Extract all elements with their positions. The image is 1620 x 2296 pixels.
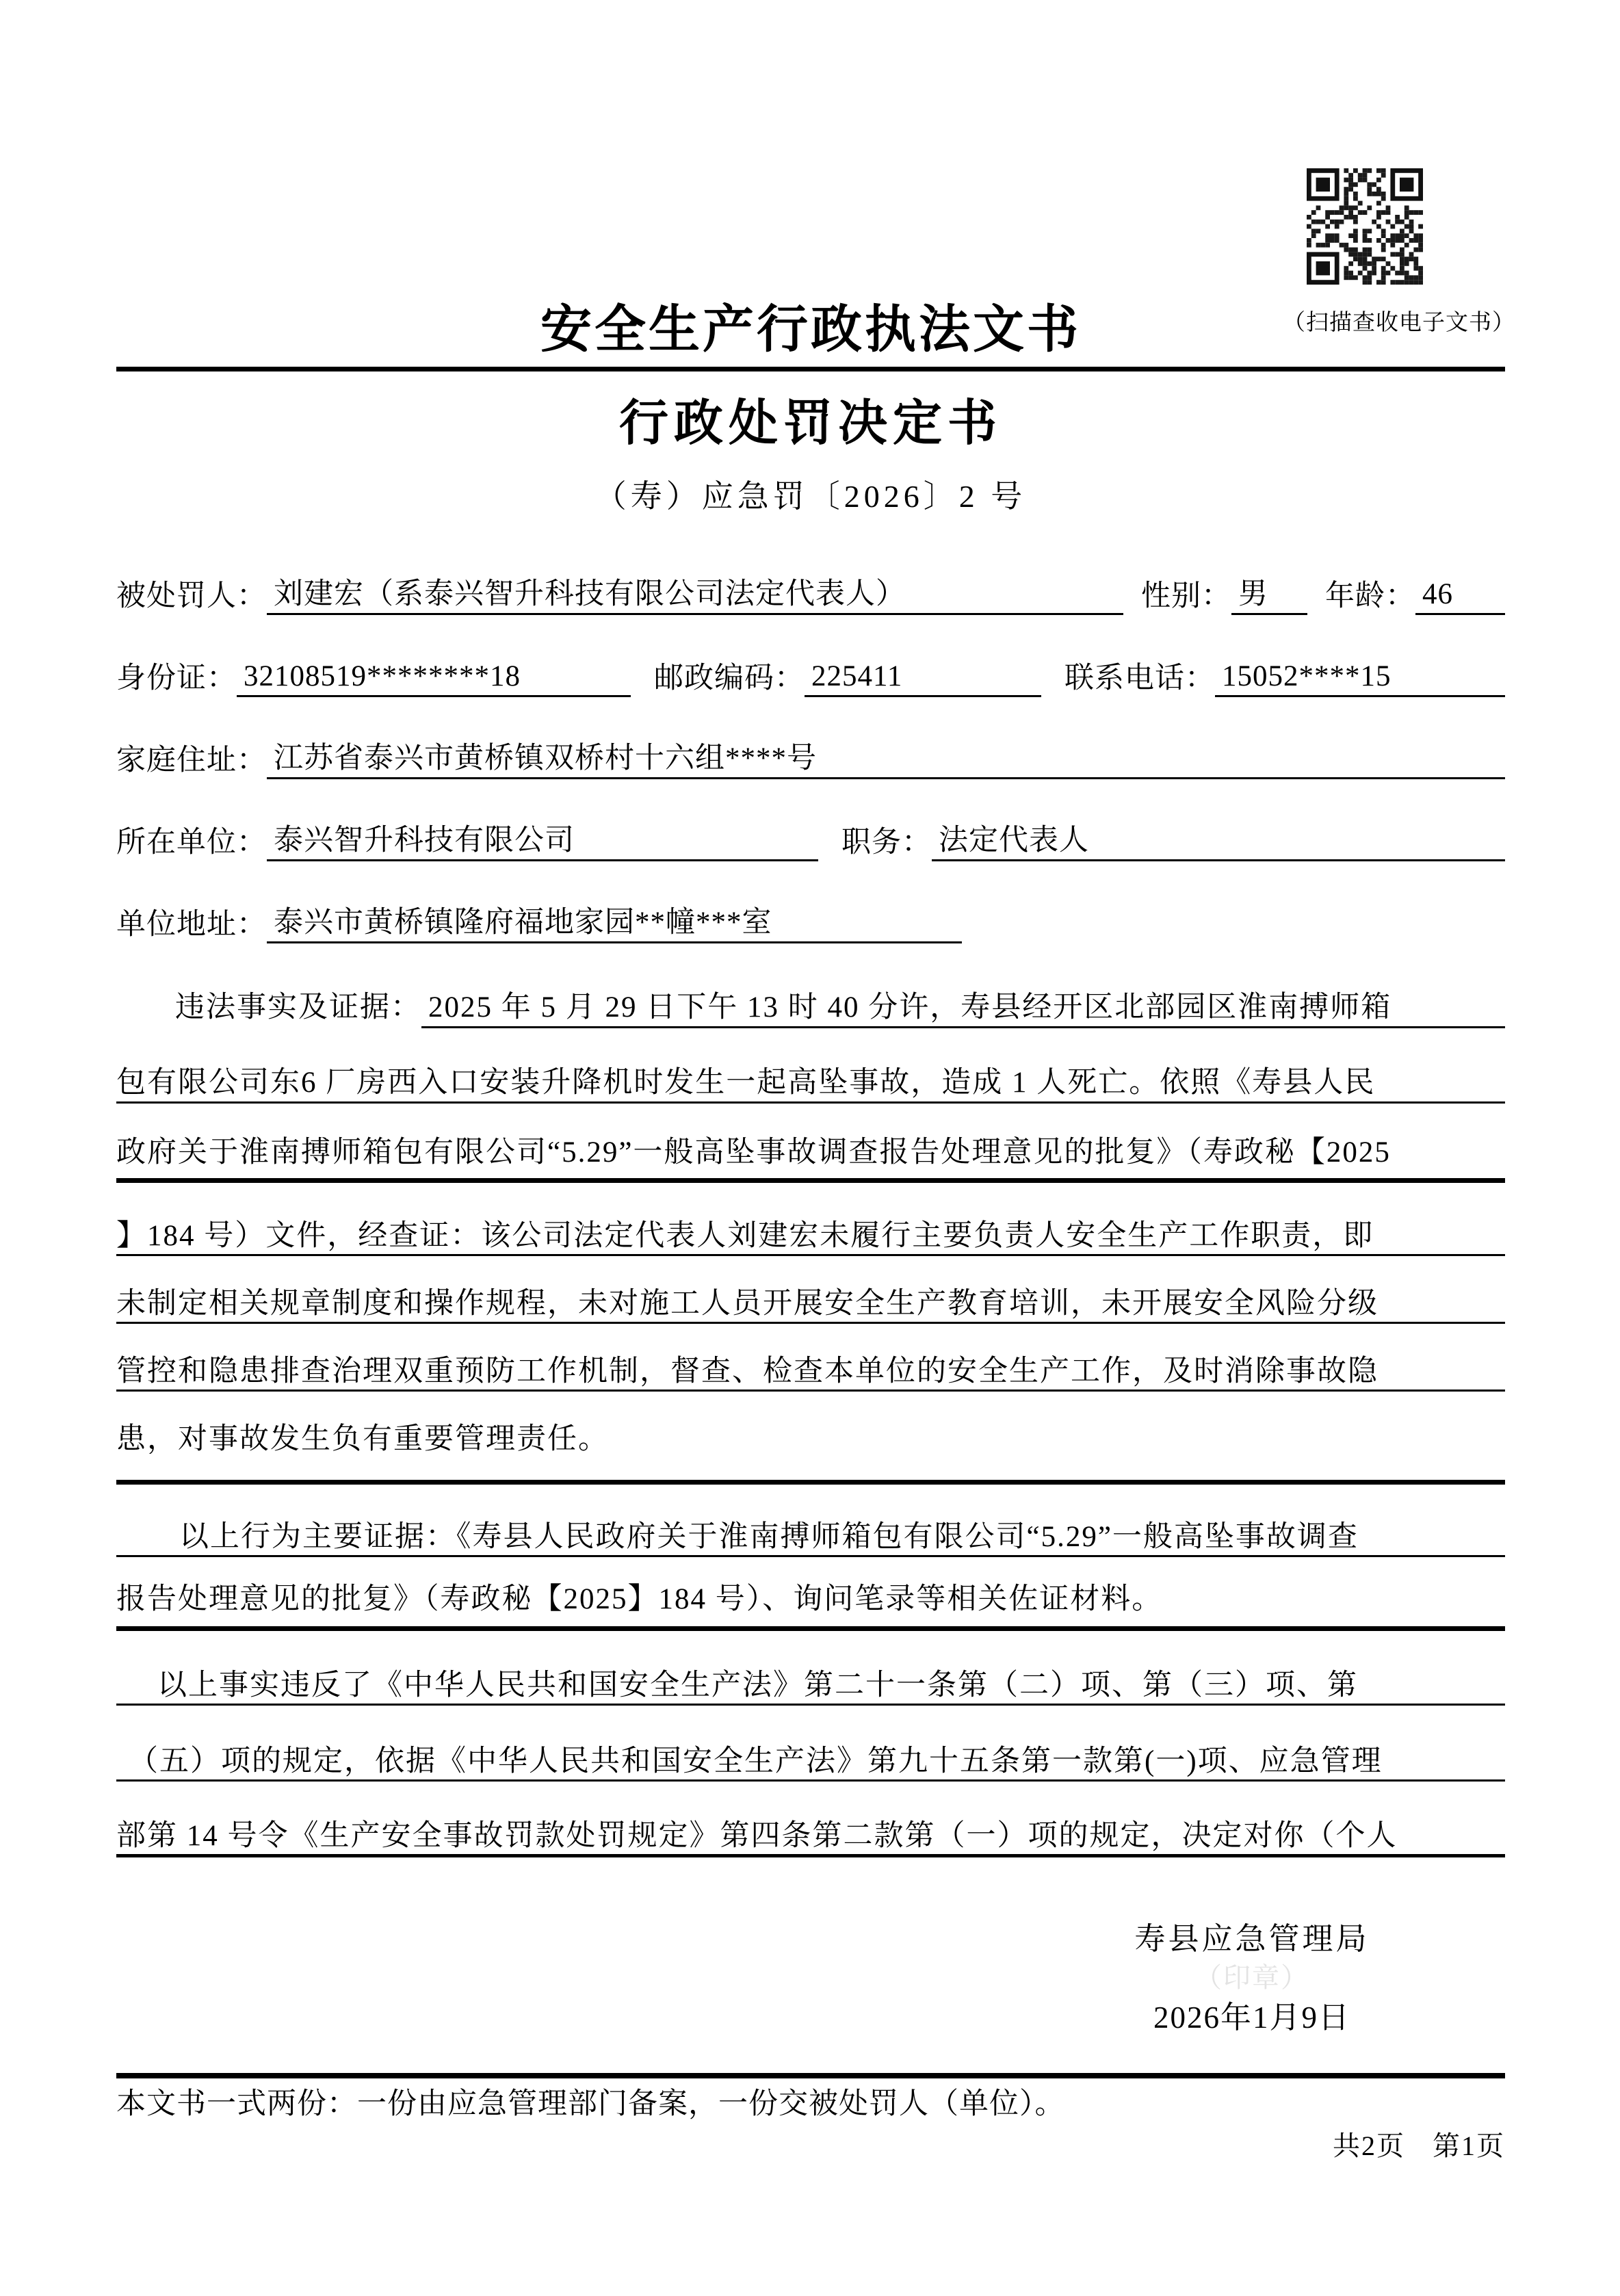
form-row-company-address: 单位地址： 泰兴市黄桥镇隆府福地家园**幢***室	[116, 889, 1505, 943]
pages-total: 共2页	[1333, 2130, 1405, 2161]
paragraph-evidence: 以上行为主要证据：《寿县人民政府关于淮南搏师箱包有限公司“5.29”一般高坠事故…	[116, 1485, 1505, 1631]
phone-label: 联系电话：	[1064, 664, 1215, 697]
id-value: 32108519********18	[237, 662, 631, 697]
employer-value: 泰兴智升科技有限公司	[267, 826, 818, 861]
form-row-employer: 所在单位： 泰兴智升科技有限公司 职务： 法定代表人	[116, 807, 1505, 861]
facts-label: 违法事实及证据：	[175, 993, 421, 1028]
evidence-line-2: 报告处理意见的批复》（寿政秘【2025】184 号）、询问笔录等相关佐证材料。	[116, 1557, 1505, 1614]
form-row-id: 身份证： 32108519********18 邮政编码： 225411 联系电…	[116, 642, 1505, 697]
company-address-label: 单位地址：	[116, 910, 267, 943]
facts-value-line: 2025 年 5 月 29 日下午 13 时 40 分许，寿县经开区北部园区淮南…	[421, 993, 1505, 1028]
legal-line-2: （五）项的规定，依据《中华人民共和国安全生产法》第九十五条第一款第(一)项、应急…	[116, 1706, 1505, 1782]
qr-block: （扫描查收电子文书）	[1283, 168, 1447, 337]
paragraph-facts: 违法事实及证据： 2025 年 5 月 29 日下午 13 时 40 分许，寿县…	[116, 971, 1505, 1183]
evidence-line-1: 以上行为主要证据：《寿县人民政府关于淮南搏师箱包有限公司“5.29”一般高坠事故…	[116, 1485, 1505, 1557]
form-row-recipient: 被处罚人： 刘建宏（系泰兴智升科技有限公司法定代表人） 性别： 男 年龄： 46	[116, 560, 1505, 615]
document-number: （寿）应急罚〔2026〕2 号	[116, 448, 1505, 512]
section-divider	[116, 1626, 1505, 1631]
page-indicator: 共2页 第1页	[116, 2124, 1505, 2163]
age-label: 年龄：	[1325, 582, 1415, 615]
footer-divider	[116, 2073, 1505, 2078]
home-address-label: 家庭住址：	[116, 746, 267, 779]
employer-label: 所在单位：	[116, 828, 267, 861]
facts-line-2: 包有限公司东6 厂房西入口安装升降机时发生一起高坠事故，造成 1 人死亡。依照《…	[116, 1028, 1505, 1104]
paragraph-legal-basis: 以上事实违反了《中华人民共和国安全生产法》第二十一条第（二）项、第（三）项、第 …	[116, 1631, 1505, 1857]
seal-placeholder: （印章）	[1054, 1964, 1450, 1992]
findings-line-2: 未制定相关规章制度和操作规程，未对施工人员开展安全生产教育培训，未开展安全风险分…	[116, 1256, 1505, 1324]
qr-caption: （扫描查收电子文书）	[1283, 304, 1447, 337]
age-value: 46	[1415, 579, 1505, 615]
qr-code	[1307, 168, 1423, 285]
postcode-label: 邮政编码：	[654, 664, 805, 697]
postcode-value: 225411	[805, 662, 1041, 697]
gender-label: 性别：	[1141, 582, 1231, 615]
phone-value: 15052****15	[1215, 662, 1505, 697]
facts-line-3: 政府关于淮南搏师箱包有限公司“5.29”一般高坠事故调查报告处理意见的批复》（寿…	[116, 1104, 1505, 1167]
page-current: 第1页	[1433, 2130, 1505, 2161]
legal-line-1: 以上事实违反了《中华人民共和国安全生产法》第二十一条第（二）项、第（三）项、第	[116, 1631, 1505, 1706]
findings-line-1: 】184 号）文件，经查证：该公司法定代表人刘建宏未履行主要负责人安全生产工作职…	[116, 1183, 1505, 1256]
signature-block: 寿县应急管理局 （印章） 2026年1月9日	[1054, 1924, 1450, 2033]
position-label: 职务：	[841, 828, 932, 861]
position-value: 法定代表人	[932, 826, 1505, 861]
header-divider	[116, 367, 1505, 371]
recipient-label: 被处罚人：	[116, 582, 267, 615]
issuing-agency: 寿县应急管理局	[1054, 1924, 1450, 1955]
footer-note: 本文书一式两份：一份由应急管理部门备案，一份交被处罚人（单位）。	[116, 2089, 1505, 2119]
id-label: 身份证：	[116, 664, 237, 697]
home-address-value: 江苏省泰兴市黄桥镇双桥村十六组****号	[267, 744, 1505, 779]
findings-line-4: 患，对事故发生负有重要管理责任。	[116, 1392, 1505, 1454]
company-address-value: 泰兴市黄桥镇隆府福地家园**幢***室	[267, 908, 962, 943]
section-divider	[116, 1480, 1505, 1485]
document-page: （扫描查收电子文书） 安全生产行政执法文书 行政处罚决定书 （寿）应急罚〔202…	[0, 0, 1620, 2296]
findings-line-3: 管控和隐患排查治理双重预防工作机制，督查、检查本单位的安全生产工作，及时消除事故…	[116, 1324, 1505, 1392]
paragraph-findings: 】184 号）文件，经查证：该公司法定代表人刘建宏未履行主要负责人安全生产工作职…	[116, 1183, 1505, 1485]
recipient-info-form: 被处罚人： 刘建宏（系泰兴智升科技有限公司法定代表人） 性别： 男 年龄： 46…	[116, 560, 1505, 943]
form-row-home-address: 家庭住址： 江苏省泰兴市黄桥镇双桥村十六组****号	[116, 725, 1505, 779]
page-footer: 本文书一式两份：一份由应急管理部门备案，一份交被处罚人（单位）。 共2页 第1页	[116, 2073, 1505, 2163]
issue-date: 2026年1月9日	[1054, 2003, 1450, 2033]
section-divider	[116, 1178, 1505, 1183]
legal-line-3: 部第 14 号令《生产安全事故罚款处罚规定》第四条第二款第（一）项的规定，决定对…	[116, 1782, 1505, 1857]
page-title: 行政处罚决定书	[116, 371, 1505, 448]
facts-line-1: 违法事实及证据： 2025 年 5 月 29 日下午 13 时 40 分许，寿县…	[116, 971, 1505, 1028]
gender-value: 男	[1231, 579, 1307, 615]
recipient-value: 刘建宏（系泰兴智升科技有限公司法定代表人）	[267, 579, 1123, 615]
